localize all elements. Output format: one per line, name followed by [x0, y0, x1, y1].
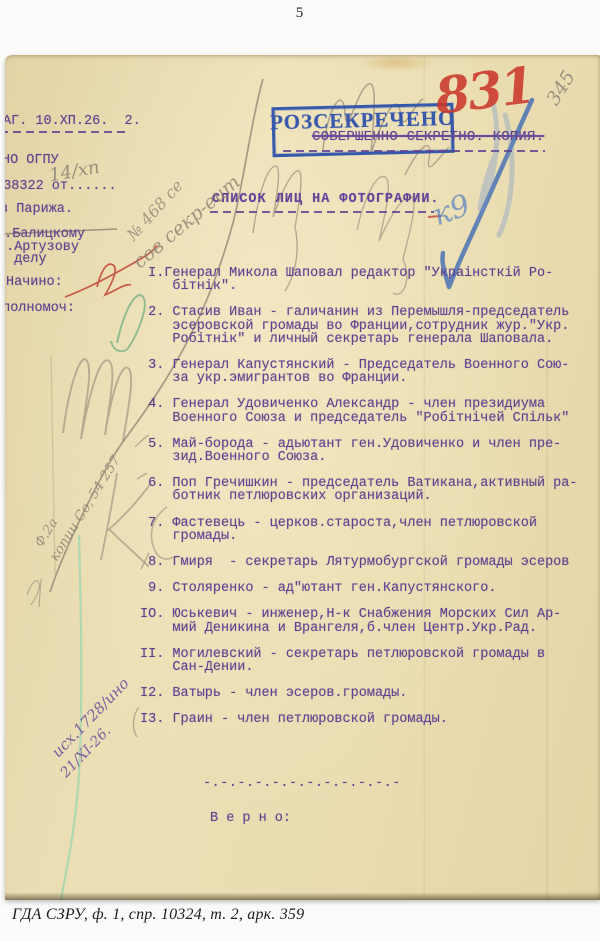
list-item: 4. Генерал Удовиченко Александр - член п…	[140, 398, 577, 424]
list-item-line: эсеровской громады во Франции,сотрудник …	[140, 320, 577, 333]
margin-typed-line: Уполномоч:	[5, 302, 75, 315]
list-item-line: Сан-Дении.	[140, 661, 577, 674]
verno-line: В е р н о:	[210, 812, 291, 825]
typed-divider: -.-.-.-.-.-.-.-.-.-.-.-	[203, 777, 401, 790]
list-item: IO. Юськевич - инженер,Н-к Снабжения Мор…	[140, 608, 577, 634]
persons-list: I.Генерал Микола Шаповал редактор "Украі…	[140, 267, 577, 740]
list-item-line: за укр.эмигрантов во Франции.	[140, 372, 577, 385]
dashed-rule	[283, 150, 545, 152]
list-item: 7. Фастевець - церков.староста,член петл…	[140, 517, 577, 543]
list-item: II. Могилевский - секретарь петлюровской…	[140, 648, 577, 674]
list-item-line: I2. Ватырь - член эсеров.громады.	[140, 687, 577, 700]
archive-citation: ГДА СЗРУ, ф. 1, спр. 10324, т. 2, арк. 3…	[12, 906, 304, 924]
list-item-line: IO. Юськевич - инженер,Н-к Снабжения Мор…	[140, 608, 577, 621]
list-item: 9. Столяренко - ад"ютант ген.Капустянско…	[140, 582, 577, 595]
margin-typed-line: Начино:	[6, 276, 63, 289]
list-item: 5. Май-борода - адьютант ген.Удовиченко …	[140, 438, 577, 464]
dashed-rule	[5, 131, 128, 133]
dashed-rule	[210, 211, 434, 213]
list-item-line: бітнік".	[140, 280, 577, 293]
paper-bottom-edge	[5, 892, 600, 900]
list-item-line: 8. Гмиря - секретарь Лятурмобургской гро…	[140, 556, 577, 569]
pencil-corner-number: 345	[542, 67, 580, 109]
margin-typed-line: к делу	[5, 253, 47, 266]
pencil-scribble	[27, 579, 41, 607]
document-title: СПИСОК ЛИЦ НА ФОТОГРАФИИ.	[212, 193, 440, 206]
list-item: I.Генерал Микола Шаповал редактор "Украі…	[140, 267, 577, 293]
list-item: 6. Поп Гречишкин - председатель Ватикана…	[140, 477, 577, 503]
document-scan: РОЗСЕКРЕЧЕНО СОВЕРШЕННО СЕКРЕТНО.-КОПИЯ.…	[5, 55, 600, 900]
list-item-line: громады.	[140, 530, 577, 543]
margin-typed-line: АГ. 10.ХП.26. 2.	[5, 115, 141, 128]
list-item: 3. Генерал Капустянский - Председатель В…	[140, 359, 577, 385]
list-item-line: Военного Союза и председатель "Робітніче…	[140, 412, 577, 425]
list-item-line: 4. Генерал Удовиченко Александр - член п…	[140, 398, 577, 411]
page-number: 5	[0, 5, 600, 22]
margin-typed-line: Из Парижа.	[5, 203, 73, 216]
list-item-line: ботник петлюровских организаций.	[140, 490, 577, 503]
pencil-copies-note: копии Со, 54 257	[46, 453, 124, 564]
paper-stain	[357, 55, 435, 71]
list-item: I2. Ватырь - член эсеров.громады.	[140, 687, 577, 700]
list-item: I3. Граин - член петлюровской громады.	[140, 713, 577, 726]
list-item-line: 7. Фастевець - церков.староста,член петл…	[140, 517, 577, 530]
secrecy-classification-line: СОВЕРШЕННО СЕКРЕТНО.-КОПИЯ.	[312, 131, 544, 144]
list-item-line: зид.Военного Союза.	[140, 451, 577, 464]
list-item-line: I3. Граин - член петлюровской громады.	[140, 713, 577, 726]
list-item-line: Робітнік" и личный секретарь генерала Ша…	[140, 333, 577, 346]
blue-pencil-scrawl	[480, 103, 512, 235]
list-item: 8. Гмиря - секретарь Лятурмобургской гро…	[140, 556, 577, 569]
list-item-line: 9. Столяренко - ад"ютант ген.Капустянско…	[140, 582, 577, 595]
list-item: 2. Стасив Иван - галичанин из Перемышля-…	[140, 306, 577, 346]
red-handwritten-number: 831	[432, 55, 537, 126]
list-item-line: мий Деникина и Врангеля,б.член Центр.Укр…	[140, 622, 577, 635]
pencil-scribble	[63, 359, 131, 441]
list-item-line: 2. Стасив Иван - галичанин из Перемышля-…	[140, 306, 577, 319]
